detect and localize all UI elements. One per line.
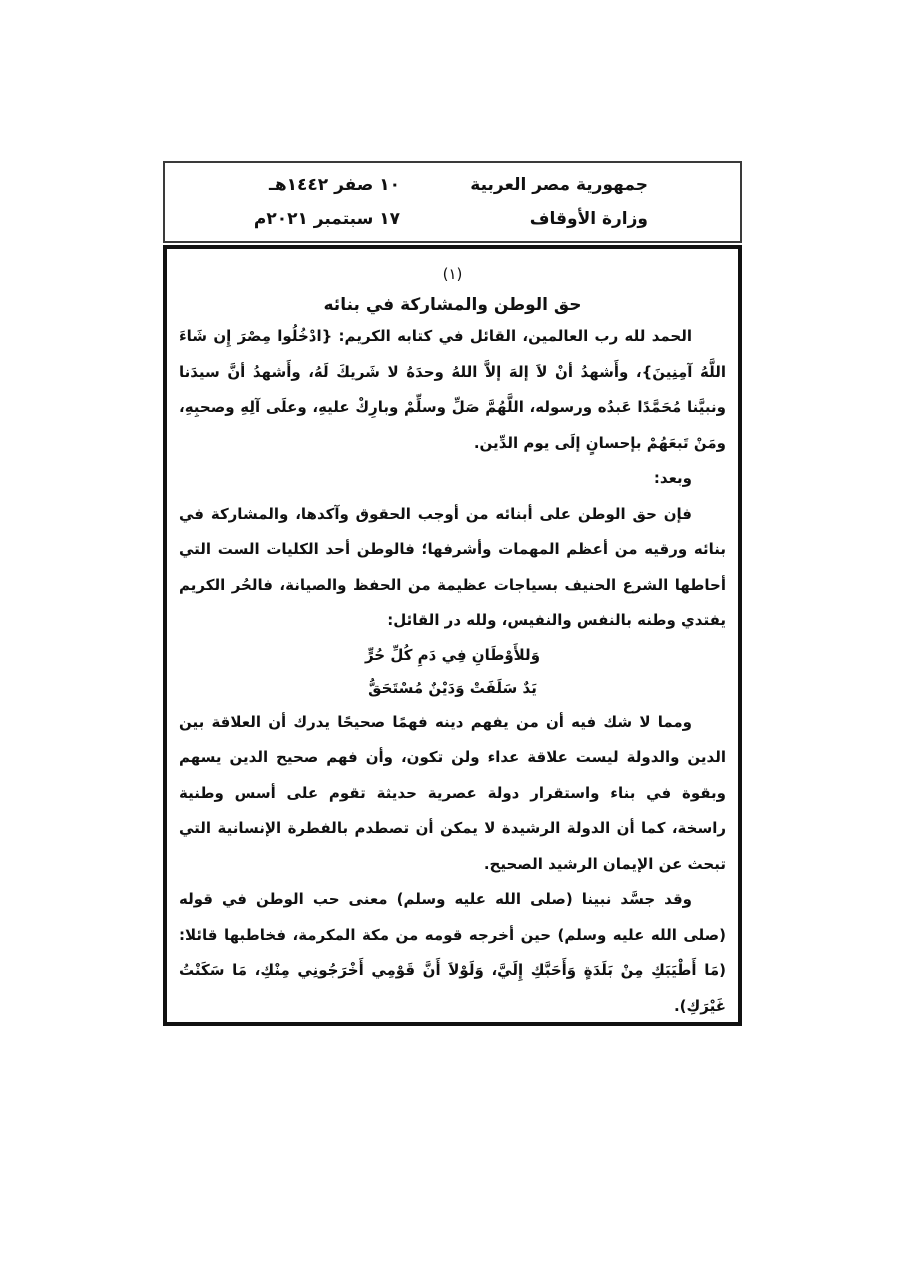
- gregorian-date: ١٧ سبتمبر ٢٠٢١م: [254, 208, 400, 230]
- document-page: جمهورية مصر العربية وزارة الأوقاف ١٠ صفر…: [0, 0, 905, 1280]
- country-name: جمهورية مصر العربية: [470, 174, 648, 196]
- hijri-date: ١٠ صفر ١٤٤٢هـ: [254, 174, 400, 196]
- ministry-name: وزارة الأوقاف: [470, 208, 648, 230]
- body-paragraph-2: ومما لا شك فيه أن من يفهم دينه فهمًا صحي…: [179, 705, 726, 883]
- date-block: ١٠ صفر ١٤٤٢هـ ١٧ سبتمبر ٢٠٢١م: [254, 163, 400, 241]
- body-paragraph-3: وقد جسَّد نبينا (صلى الله عليه وسلم) معن…: [179, 882, 726, 1024]
- letterhead-box: جمهورية مصر العربية وزارة الأوقاف ١٠ صفر…: [163, 161, 742, 243]
- issuer-block: جمهورية مصر العربية وزارة الأوقاف: [470, 163, 648, 241]
- body-paragraph-1: فإن حق الوطن على أبنائه من أوجب الحقوق و…: [179, 497, 726, 639]
- section-number: (١): [179, 263, 726, 285]
- transition-paragraph: وبعد:: [179, 461, 726, 497]
- sermon-body-box: (١) حق الوطن والمشاركة في بنائه الحمد لل…: [163, 245, 742, 1026]
- section-title: حق الوطن والمشاركة في بنائه: [179, 291, 726, 319]
- opening-paragraph: الحمد لله رب العالمين، القائل في كتابه ا…: [179, 319, 726, 461]
- poem-line-1: وَللأَوْطَانِ فِي دَمِ كُلِّ حُرٍّ: [179, 639, 726, 672]
- poem-line-2: يَدٌ سَلَفَتْ وَدَيْنٌ مُسْتَحَقُّ: [179, 672, 726, 705]
- poem-verse: وَللأَوْطَانِ فِي دَمِ كُلِّ حُرٍّ يَدٌ …: [179, 639, 726, 705]
